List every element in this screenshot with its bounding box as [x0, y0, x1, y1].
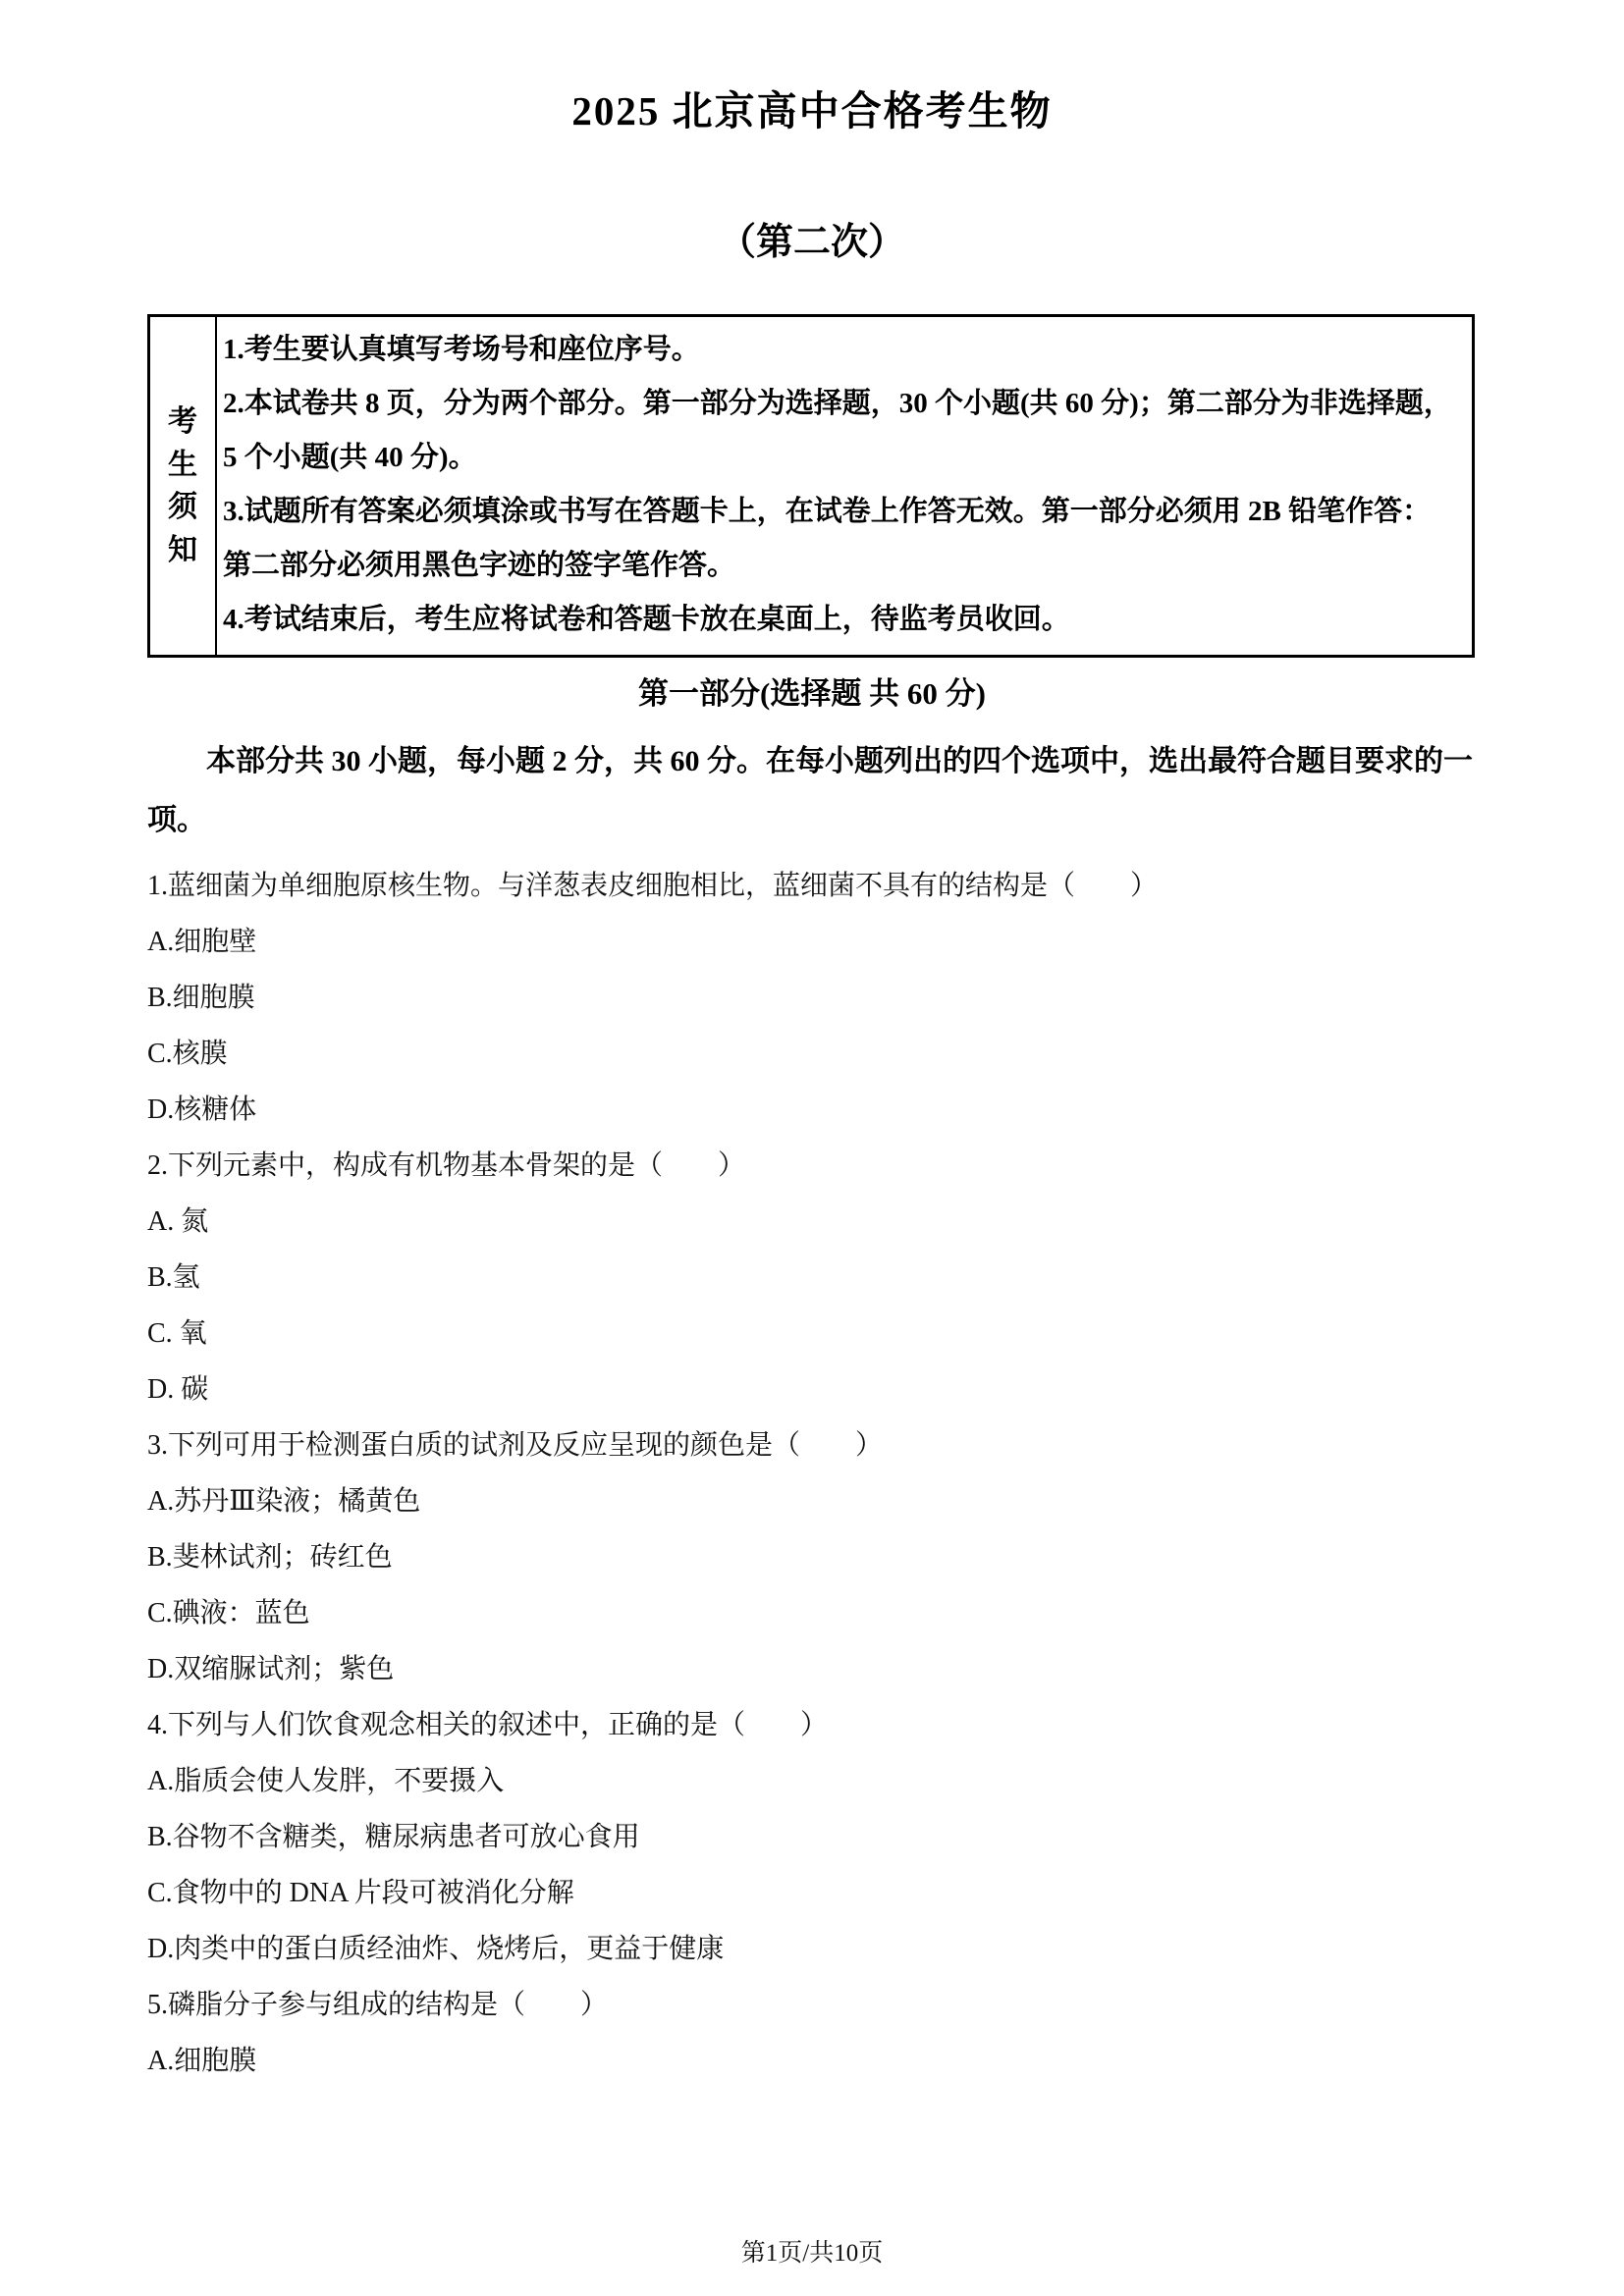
notice-item-1: 1.考生要认真填写考场号和座位序号。 — [223, 323, 1456, 377]
notice-item-2: 2.本试卷共 8 页，分为两个部分。第一部分为选择题，30 个小题(共 60 分… — [223, 377, 1456, 485]
question-3-stem: 3.下列可用于检测蛋白质的试剂及反应呈现的颜色是（ ） — [147, 1417, 1477, 1473]
question-1-option-d: D.核糖体 — [147, 1082, 1477, 1138]
question-3-option-a: A.苏丹Ⅲ染液；橘黄色 — [147, 1473, 1477, 1529]
question-1-option-b: B.细胞膜 — [147, 970, 1477, 1026]
question-2-option-b: B.氢 — [147, 1250, 1477, 1306]
question-4-stem: 4.下列与人们饮食观念相关的叙述中，正确的是（ ） — [147, 1697, 1477, 1753]
question-1-stem: 1.蓝细菌为单细胞原核生物。与洋葱表皮细胞相比，蓝细菌不具有的结构是（ ） — [147, 858, 1477, 914]
question-2-stem: 2.下列元素中，构成有机物基本骨架的是（ ） — [147, 1138, 1477, 1194]
notice-item-4: 4.考试结束后，考生应将试卷和答题卡放在桌面上，待监考员收回。 — [223, 593, 1456, 647]
question-2-option-d: D. 碳 — [147, 1362, 1477, 1417]
notice-content: 1.考生要认真填写考场号和座位序号。 2.本试卷共 8 页，分为两个部分。第一部… — [217, 317, 1472, 655]
questions-list: 1.蓝细菌为单细胞原核生物。与洋葱表皮细胞相比，蓝细菌不具有的结构是（ ） A.… — [147, 858, 1477, 2089]
question-5-option-a: A.细胞膜 — [147, 2033, 1477, 2089]
page-subtitle: （第二次） — [147, 218, 1477, 267]
question-3-option-d: D.双缩脲试剂；紫色 — [147, 1641, 1477, 1697]
notice-item-3: 3.试题所有答案必须填涂或书写在答题卡上，在试卷上作答无效。第一部分必须用 2B… — [223, 485, 1456, 593]
notice-side-label: 考生须知 — [150, 317, 217, 655]
section-intro: 本部分共 30 小题，每小题 2 分，共 60 分。在每小题列出的四个选项中，选… — [147, 732, 1477, 850]
question-2-option-a: A. 氮 — [147, 1194, 1477, 1250]
notice-box: 考生须知 1.考生要认真填写考场号和座位序号。 2.本试卷共 8 页，分为两个部… — [147, 314, 1475, 658]
question-1-option-c: C.核膜 — [147, 1026, 1477, 1082]
question-4-option-d: D.肉类中的蛋白质经油炸、烧烤后，更益于健康 — [147, 1921, 1477, 1977]
question-4-option-a: A.脂质会使人发胖，不要摄入 — [147, 1753, 1477, 1809]
notice-side-label-text: 考生须知 — [167, 400, 198, 571]
question-2-option-c: C. 氧 — [147, 1306, 1477, 1362]
question-5-stem: 5.磷脂分子参与组成的结构是（ ） — [147, 1977, 1477, 2033]
section-header: 第一部分(选择题 共 60 分) — [147, 669, 1477, 719]
page-footer: 第1页/共10页 — [0, 2233, 1624, 2269]
question-3-option-c: C.碘液：蓝色 — [147, 1585, 1477, 1641]
page-title: 2025 北京高中合格考生物 — [147, 84, 1477, 137]
question-4-option-b: B.谷物不含糖类，糖尿病患者可放心食用 — [147, 1809, 1477, 1865]
exam-paper-page: 2025 北京高中合格考生物 （第二次） 考生须知 1.考生要认真填写考场号和座… — [0, 0, 1624, 2296]
question-4-option-c: C.食物中的 DNA 片段可被消化分解 — [147, 1865, 1477, 1921]
question-1-option-a: A.细胞壁 — [147, 914, 1477, 970]
question-3-option-b: B.斐林试剂；砖红色 — [147, 1529, 1477, 1585]
